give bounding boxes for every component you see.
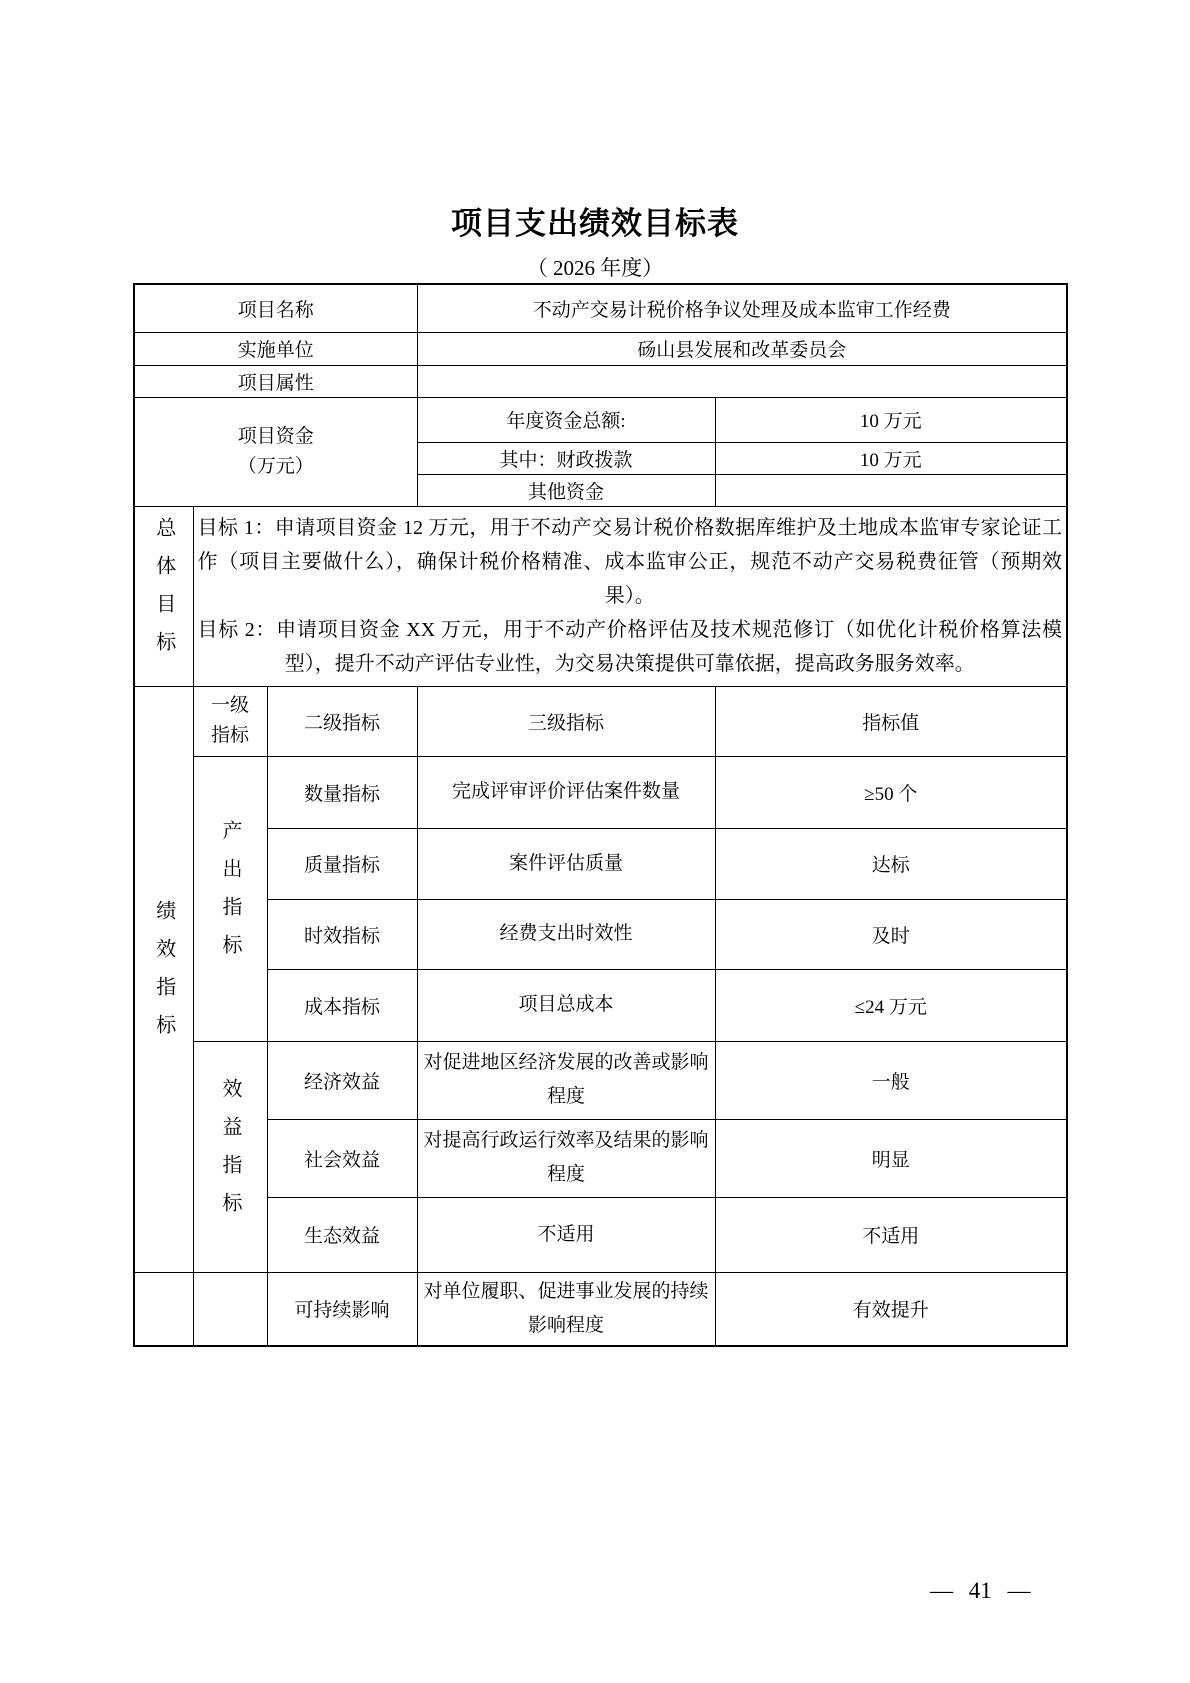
project-fund-label: 项目资金 （万元） [134,397,417,506]
indicator-level2: 时效指标 [267,899,417,969]
indicator-level3: 案件评估质量 [417,828,715,899]
indicator-value: 达标 [715,828,1067,899]
table-row: 生态效益 不适用 不适用 [134,1197,1067,1272]
table-row: 可持续影响 对单位履职、促进事业发展的持续影响程度 有效提升 [134,1272,1067,1346]
overall-goal-cell: 目标 1：申请项目资金 12 万元，用于不动产交易计税价格数据库维护及土地成本监… [193,506,1067,686]
indicator-value: ≤24 万元 [715,969,1067,1041]
other-fund-value [715,474,1067,506]
output-indicator-label-text: 产出指标 [220,820,240,972]
goal-2-text: 目标 2：申请项目资金 XX 万元，用于不动产价格评估及技术规范修订（如优化计税… [198,613,1063,681]
header-value: 指标值 [715,686,1067,756]
indicator-level2: 成本指标 [267,969,417,1041]
header-level3: 三级指标 [417,686,715,756]
header-level1: 一级 指标 [193,686,267,756]
table-row: 效益指标 经济效益 对促进地区经济发展的改善或影响程度 一般 [134,1041,1067,1119]
overall-goal-label: 总体目标 [134,506,193,686]
performance-indicator-label-text: 绩效指标 [154,900,174,1052]
header-level2: 二级指标 [267,686,417,756]
indicator-level3: 对提高行政运行效率及结果的影响程度 [417,1119,715,1197]
page-subtitle: （ 2026 年度） [0,252,1190,282]
table-row: 成本指标 项目总成本 ≤24 万元 [134,969,1067,1041]
table-row: 绩效指标 一级 指标 二级指标 三级指标 指标值 [134,686,1067,756]
benefit-indicator-label: 效益指标 [193,1041,267,1272]
performance-target-table: 项目名称 不动产交易计税价格争议处理及成本监审工作经费 实施单位 砀山县发展和改… [133,283,1068,1347]
project-attribute-value [417,365,1067,397]
table-row: 实施单位 砀山县发展和改革委员会 [134,332,1067,365]
indicator-level3: 对单位履职、促进事业发展的持续影响程度 [417,1272,715,1346]
annual-total-value: 10 万元 [715,397,1067,442]
benefit-indicator-label-text: 效益指标 [220,1078,240,1230]
indicator-value: ≥50 个 [715,756,1067,828]
table-row: 项目属性 [134,365,1067,397]
project-name-label: 项目名称 [134,284,417,332]
performance-indicator-label: 绩效指标 [134,686,193,1272]
indicator-level2: 质量指标 [267,828,417,899]
table-row: 项目资金 （万元） 年度资金总额: 10 万元 [134,397,1067,442]
indicator-value: 明显 [715,1119,1067,1197]
indicator-level3: 项目总成本 [417,969,715,1041]
indicator-value: 及时 [715,899,1067,969]
other-fund-label: 其他资金 [417,474,715,506]
page-number: — 41 — [930,1578,1031,1604]
indicator-level2: 生态效益 [267,1197,417,1272]
indicator-level3: 经费支出时效性 [417,899,715,969]
table-row: 时效指标 经费支出时效性 及时 [134,899,1067,969]
indicator-level2: 可持续影响 [267,1272,417,1346]
indicator-level2: 经济效益 [267,1041,417,1119]
overall-goal-label-text: 总体目标 [154,517,174,669]
indicator-level2: 数量指标 [267,756,417,828]
table-row: 质量指标 案件评估质量 达标 [134,828,1067,899]
indicator-level3: 完成评审评价评估案件数量 [417,756,715,828]
implement-unit-label: 实施单位 [134,332,417,365]
indicator-value: 有效提升 [715,1272,1067,1346]
table-row: 社会效益 对提高行政运行效率及结果的影响程度 明显 [134,1119,1067,1197]
indicator-level2: 社会效益 [267,1119,417,1197]
project-attribute-label: 项目属性 [134,365,417,397]
table-row: 产出指标 数量指标 完成评审评价评估案件数量 ≥50 个 [134,756,1067,828]
fiscal-fund-label: 其中：财政拨款 [417,442,715,474]
table-row: 项目名称 不动产交易计税价格争议处理及成本监审工作经费 [134,284,1067,332]
fiscal-fund-value: 10 万元 [715,442,1067,474]
indicator-value: 不适用 [715,1197,1067,1272]
indicator-value: 一般 [715,1041,1067,1119]
indicator-level3: 对促进地区经济发展的改善或影响程度 [417,1041,715,1119]
empty-cell [134,1272,193,1346]
implement-unit-value: 砀山县发展和改革委员会 [417,332,1067,365]
indicator-level3: 不适用 [417,1197,715,1272]
annual-total-label: 年度资金总额: [417,397,715,442]
page-title: 项目支出绩效目标表 [0,198,1190,243]
project-name-value: 不动产交易计税价格争议处理及成本监审工作经费 [417,284,1067,332]
goal-1-text: 目标 1：申请项目资金 12 万元，用于不动产交易计税价格数据库维护及土地成本监… [198,511,1063,613]
output-indicator-label: 产出指标 [193,756,267,1041]
empty-cell [193,1272,267,1346]
document-page: 项目支出绩效目标表 （ 2026 年度） 项目名称 不动产交易计税价格争议处理及… [0,0,1190,1683]
table-row: 总体目标 目标 1：申请项目资金 12 万元，用于不动产交易计税价格数据库维护及… [134,506,1067,686]
